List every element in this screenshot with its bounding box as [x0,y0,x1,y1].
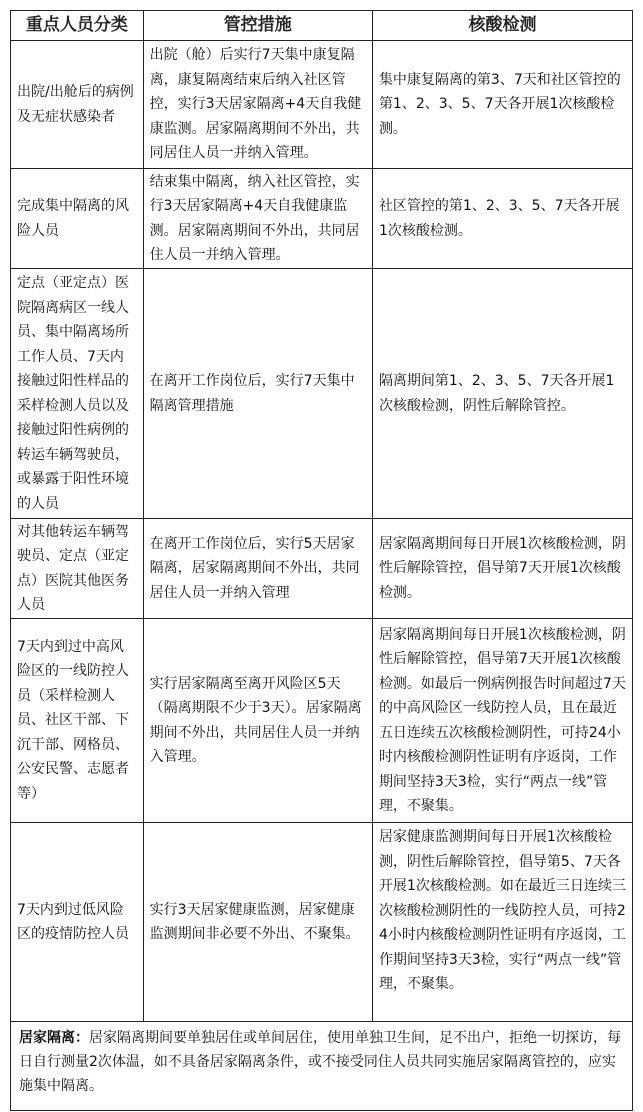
footer-label: 居家隔离： [19,1030,89,1046]
footer-text: 居家隔离期间要单独居住或单间居住，使用单独卫生间，足不出户，拒绝一切探访，每日自… [19,1030,621,1094]
header-measures: 管控措施 [143,11,372,41]
cell-testing: 社区管控的第1、2、3、5、7天各开展1次核酸检测。 [372,169,632,269]
footer-note: 居家隔离：居家隔离期间要单独居住或单间居住，使用单独卫生间，足不出户，拒绝一切探… [11,1022,633,1111]
cell-category: 7天内到过中高风险区的一线防控人员（采样检测人员、社区干部、下沉干部、网格员、公… [11,619,144,823]
quarantine-policy-table: 重点人员分类 管控措施 核酸检测 出院/出舱后的病例及无症状感染者 出院（舱）后… [10,10,633,1111]
cell-testing: 集中康复隔离的第3、7天和社区管控的第1、2、3、5、7天各开展1次核酸检测。 [372,41,632,169]
footer-row: 居家隔离：居家隔离期间要单独居住或单间居住，使用单独卫生间，足不出户，拒绝一切探… [11,1022,633,1111]
cell-measures: 实行3天居家健康监测，居家健康监测期间非必要不外出、不聚集。 [143,823,372,1022]
cell-testing: 隔离期间第1、2、3、5、7天各开展1次核酸检测，阴性后解除管控。 [372,269,632,519]
table-row: 对其他转运车辆驾驶员、定点（亚定点）医院其他医务人员 在离开工作岗位后，实行5天… [11,519,633,619]
cell-category: 完成集中隔离的风险人员 [11,169,144,269]
cell-measures: 出院（舱）后实行7天集中康复隔离，康复隔离结束后纳入社区管控，实行3天居家隔离+… [143,41,372,169]
header-category: 重点人员分类 [11,11,144,41]
cell-measures: 实行居家隔离至离开风险区5天（隔离期限不少于3天）。居家隔离期间不外出，共同居住… [143,619,372,823]
table-row: 7天内到过低风险区的疫情防控人员 实行3天居家健康监测，居家健康监测期间非必要不… [11,823,633,1022]
cell-testing: 居家隔离期间每日开展1次核酸检测，阴性后解除管控，倡导第7天开展1次核酸检测。 [372,519,632,619]
cell-testing: 居家健康监测期间每日开展1次核酸检测，阴性后解除管控，倡导第5、7天各开展1次核… [372,823,632,1022]
cell-measures: 在离开工作岗位后，实行5天居家隔离，居家隔离期间不外出，共同居住人员一并纳入管理 [143,519,372,619]
cell-category: 对其他转运车辆驾驶员、定点（亚定点）医院其他医务人员 [11,519,144,619]
header-testing: 核酸检测 [372,11,632,41]
cell-category: 定点（亚定点）医院隔离病区一线人员、集中隔离场所工作人员、7天内接触过阳性样品的… [11,269,144,519]
table-row: 7天内到过中高风险区的一线防控人员（采样检测人员、社区干部、下沉干部、网格员、公… [11,619,633,823]
cell-testing: 居家隔离期间每日开展1次核酸检测，阴性后解除管控，倡导第7天开展1次核酸检测。如… [372,619,632,823]
cell-measures: 在离开工作岗位后，实行7天集中隔离管理措施 [143,269,372,519]
table-header-row: 重点人员分类 管控措施 核酸检测 [11,11,633,41]
table-row: 定点（亚定点）医院隔离病区一线人员、集中隔离场所工作人员、7天内接触过阳性样品的… [11,269,633,519]
cell-category: 出院/出舱后的病例及无症状感染者 [11,41,144,169]
table-row: 完成集中隔离的风险人员 结束集中隔离，纳入社区管控，实行3天居家隔离+4天自我健… [11,169,633,269]
cell-measures: 结束集中隔离，纳入社区管控，实行3天居家隔离+4天自我健康监测。居家隔离期间不外… [143,169,372,269]
cell-category: 7天内到过低风险区的疫情防控人员 [11,823,144,1022]
table-row: 出院/出舱后的病例及无症状感染者 出院（舱）后实行7天集中康复隔离，康复隔离结束… [11,41,633,169]
